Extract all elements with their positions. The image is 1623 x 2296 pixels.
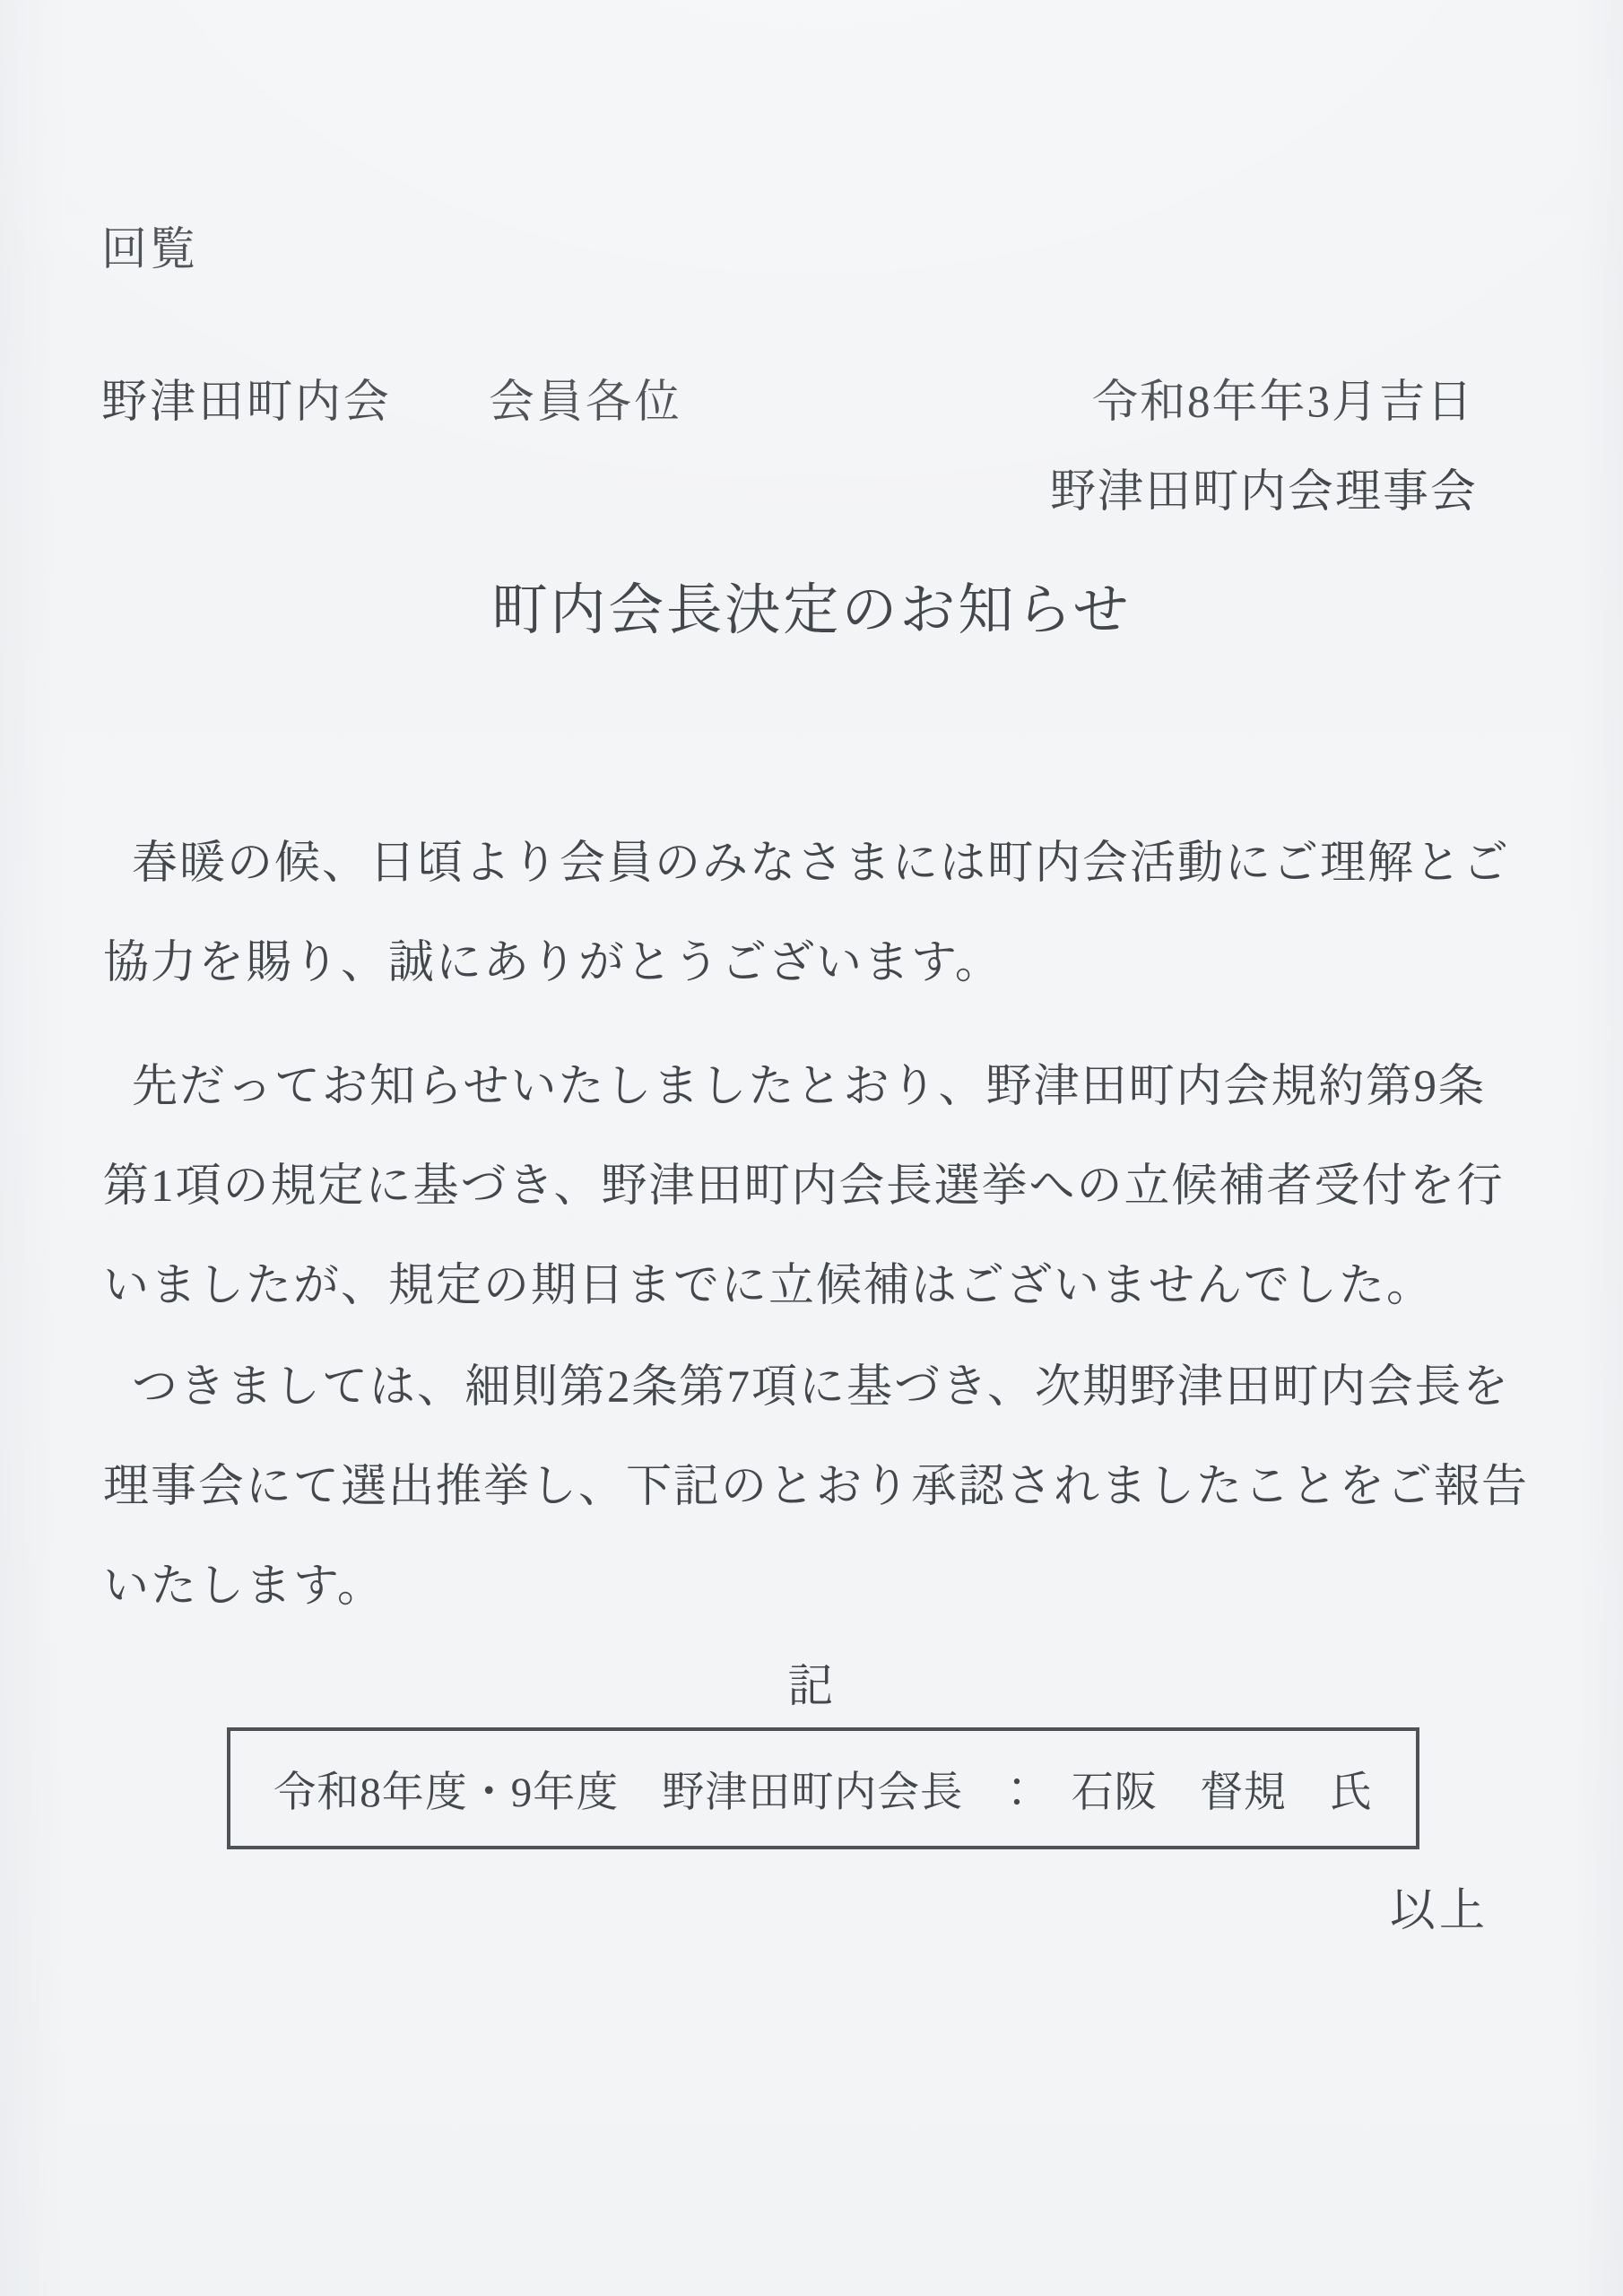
body-paragraph-greeting: 春暖の候、日頃より会員のみなさまには町内会活動にご理解とご 協力を賜り、誠にあり… xyxy=(103,814,1529,1013)
circulation-label: 回覧 xyxy=(101,212,198,278)
body-line: 協力を賜り、誠にありがとうございます。 xyxy=(103,914,1529,1013)
body-line: いたします。 xyxy=(103,1537,1529,1637)
decision-box: 令和8年度・9年度 野津田町内会長 ： 石阪 督規 氏 xyxy=(227,1727,1419,1849)
body-line: つきましては、細則第2条第7項に基づき、次期野津田町内会長を xyxy=(103,1338,1529,1438)
sender-line: 野津田町内会理事会 xyxy=(1050,454,1478,520)
date-line: 令和8年年3月吉日 xyxy=(1092,364,1474,430)
record-marker: 記 xyxy=(0,1648,1623,1715)
notice-title: 町内会長決定のお知らせ xyxy=(0,565,1623,645)
body-line: 先だってお知らせいたしましたとおり、野津田町内会規約第9条 xyxy=(103,1038,1529,1137)
document-page: 回覧 野津田町内会 会員各位 令和8年年3月吉日 野津田町内会理事会 町内会長決… xyxy=(0,0,1623,2296)
recipient-line: 野津田町内会 会員各位 xyxy=(101,364,682,430)
body-line: 第1項の規定に基づき、野津田町内会長選挙への立候補者受付を行 xyxy=(103,1137,1529,1237)
body-line: 理事会にて選出推挙し、下記のとおり承認されましたことをご報告 xyxy=(103,1438,1529,1537)
body-line: いましたが、規定の期日までに立候補はございませんでした。 xyxy=(103,1237,1529,1336)
body-paragraph-election-report: 先だってお知らせいたしましたとおり、野津田町内会規約第9条 第1項の規定に基づき… xyxy=(103,1038,1529,1336)
body-line: 春暖の候、日頃より会員のみなさまには町内会活動にご理解とご xyxy=(103,814,1529,914)
closing-label: 以上 xyxy=(1390,1873,1488,1939)
body-paragraph-decision: つきましては、細則第2条第7項に基づき、次期野津田町内会長を 理事会にて選出推挙… xyxy=(103,1338,1529,1637)
body-text: 春暖の候、日頃より会員のみなさまには町内会活動にご理解とご 協力を賜り、誠にあり… xyxy=(103,814,1529,1637)
decision-text: 令和8年度・9年度 野津田町内会長 ： 石阪 督規 氏 xyxy=(273,1759,1373,1819)
